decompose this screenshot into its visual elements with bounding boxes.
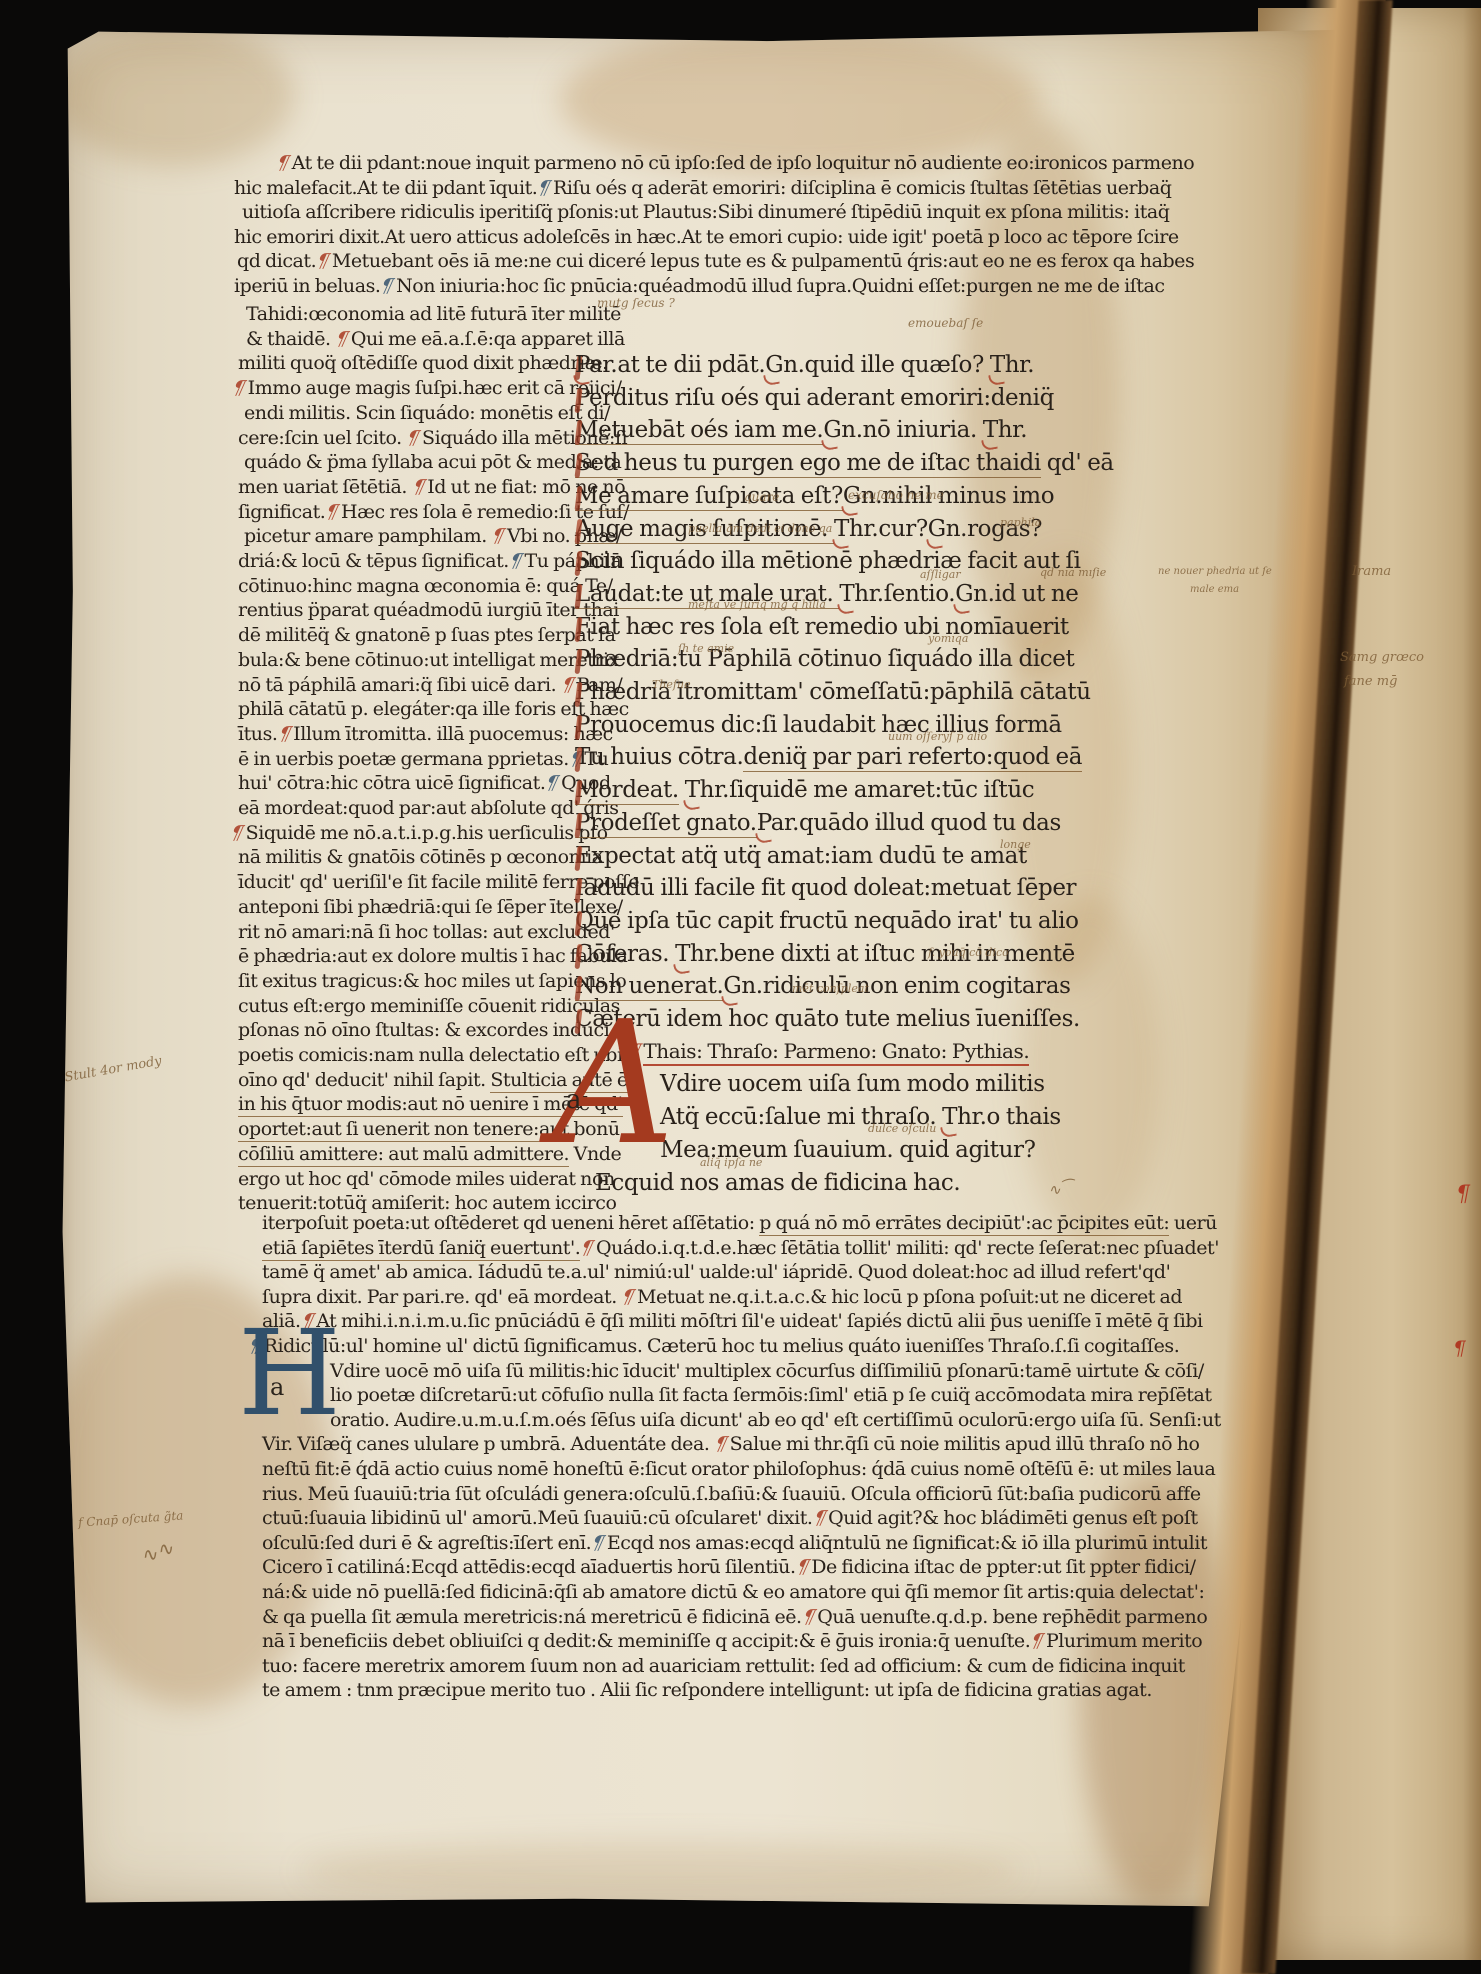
- text-line: tuo: facere meretrix amorem ſuum non ad …: [262, 1655, 1185, 1677]
- text-segment: Ridiculū:ul' homine ul' dictū ſignificam…: [264, 1335, 1180, 1357]
- handwritten-gloss: Irama: [1352, 564, 1391, 579]
- text-line: ē phædria:aut ex dolore multis ī hac fab…: [238, 945, 627, 967]
- text-line: rit nō amari:nā ſi hoc tollas: aut exclu…: [238, 921, 615, 943]
- text-line: Metuebāt oés iam me.Gn.nō iniuria. Thr.: [575, 417, 1027, 443]
- handwritten-gloss: Samg grœco: [1340, 650, 1424, 665]
- paragraph-mark: ¶: [579, 1237, 596, 1259]
- text-segment: Ecqd nos amas:ecqd aliq̄ntulū ne ſignifi…: [607, 1532, 1207, 1554]
- text-segment: tamē q̈ amet' ab amica. Iádudū te.a.ul' …: [262, 1261, 1170, 1283]
- handwritten-gloss: longe: [1000, 838, 1031, 851]
- text-line: rentius p̈parat quéadmodū iurgiū īter th…: [238, 599, 619, 621]
- text-line: Laudat:te ut male urat. Thr.ſentio.Gn.id…: [575, 581, 1078, 607]
- text-line: ná:& uide nō puellā:ſed fidicinā:q̄ſi ab…: [262, 1581, 1204, 1603]
- handwritten-gloss: emouebaſ ſe: [908, 316, 983, 330]
- paragraph-mark: ¶: [800, 1606, 817, 1628]
- handwritten-gloss: puella q̄m dedi ei dono qa: [688, 522, 832, 535]
- paragraph-mark: ¶: [228, 822, 245, 844]
- text-line: Cicero ī catiliná:Ecqd attēdis:ecqd aīad…: [262, 1556, 1196, 1578]
- photographed-book-opening: ¶At te dii pdant:noue inquit parmeno nō …: [0, 0, 1481, 1974]
- text-segment: ē phædria:aut ex dolore multis ī hac fab…: [238, 945, 627, 967]
- speaker-abbreviation: Par.: [575, 352, 617, 378]
- fore-edge-rubric-mark: ¶: [1453, 1340, 1466, 1356]
- handwritten-gloss: qd nıa mıſie: [1040, 566, 1106, 579]
- paragraph-mark: ¶: [405, 427, 422, 449]
- text-segment: At te dii pdant:noue inquit parmeno nō c…: [292, 152, 1195, 174]
- text-segment: etiā ſapiētes īterdū ſaniq̈ euertunt'.: [262, 1237, 580, 1261]
- text-segment: Sed heus tu purgen ego me de iſtac thaid…: [575, 450, 1041, 478]
- text-segment: Expectat atq̈ utq̈ amat:iam dudū te amat: [575, 843, 1027, 869]
- manuscript-initial-H: H: [238, 1326, 341, 1420]
- text-segment: Perditus riſu oés qui aderant emoriri:de…: [575, 385, 1054, 411]
- text-segment: Metuebāt oés iam me.: [575, 417, 823, 445]
- text-segment: Metuat ne.q.i.t.a.c.& hic locū p pſona p…: [637, 1286, 1182, 1308]
- text-segment: militi quoq̈ oſtēdiſſe quod dixit phædri…: [238, 352, 608, 374]
- text-line: hic emoriri dixit.At uero atticus adoleſ…: [234, 226, 1179, 248]
- text-segment: Qui me eā.a.ſ.ē:qa apparet illā: [351, 328, 625, 350]
- text-line: cere:ſcin uel ſcito. ¶Siquádo illa mētio…: [238, 427, 627, 449]
- text-line: ē in uerbis poetæ germana pprietas.¶Tu: [238, 748, 608, 770]
- text-segment: ītus.: [238, 723, 278, 745]
- text-segment: uerū: [1169, 1212, 1217, 1234]
- paragraph-mark: ¶: [274, 152, 291, 174]
- text-line: bula:& bene cōtinuo:ut intelligat meretr…: [238, 649, 619, 671]
- text-segment: & thaidē.: [246, 328, 335, 350]
- speaker-abbreviation: Thr.: [685, 777, 729, 803]
- text-segment: quádo & p̈ma ſyllaba acui pōt & media: t…: [244, 451, 621, 473]
- text-line: oratio. Audire.u.m.u.ſ.m.oés ſēſus uiſa …: [330, 1409, 1221, 1431]
- text-line: rius. Meū ſuauiū:tria ſūt oſculádi gener…: [262, 1483, 1201, 1505]
- text-segment: oportet:aut ſi uenerit non tenere:: [238, 1118, 539, 1142]
- text-segment: tenuerit:totūq̈ amiſerit: hoc autem icci…: [238, 1192, 616, 1214]
- text-segment: dē militēq̈ & gnatonē p ſuas ptes ſerpat…: [238, 624, 615, 646]
- text-line: aliā.¶At mihi.i.n.i.m.u.ſic pnūciádū ē q…: [262, 1310, 1203, 1332]
- speaker-abbreviation: Thr.: [839, 581, 883, 607]
- text-line: nā militis & gnatōis cōtinēs p œconomia: [238, 846, 603, 868]
- text-segment: nō iniuria.: [863, 417, 983, 443]
- paragraph-mark: ¶: [1029, 1630, 1046, 1652]
- text-line: Tu huius cōtra.deniq̈ par pari referto:q…: [575, 744, 1082, 770]
- text-segment: Illum ītromitta. illā puocemus: hæc: [293, 723, 613, 745]
- text-segment: hic malefacit.At te dii pdant īquit.: [234, 177, 537, 199]
- speaker-abbreviation: Gn.: [955, 581, 994, 607]
- handwritten-gloss: quare: [744, 490, 779, 504]
- handwritten-gloss: ne nouer phedria ut ſe: [1158, 566, 1272, 577]
- text-segment: Riſu oés q aderāt emoriri: diſciplina ē …: [553, 177, 1172, 199]
- text-segment: ſignificat.: [238, 501, 325, 523]
- text-line: philā cātatū p. elegáter:qa ille foris e…: [238, 698, 629, 720]
- speaker-abbreviation: Thr.: [990, 352, 1034, 378]
- text-segment: rit nō amari:nā ſi hoc tollas: aut exclu…: [238, 921, 615, 943]
- text-line: te amem : tnm præcipue merito tuo . Alii…: [262, 1679, 1152, 1701]
- text-line: & thaidē. ¶Qui me eā.a.ſ.ē:qa apparet il…: [246, 328, 625, 350]
- handwritten-gloss: Theſue: [652, 678, 691, 691]
- text-segment: qd dicat.: [237, 250, 316, 272]
- text-segment: Vdire uocem uiſa ſum modo militis: [660, 1071, 1045, 1097]
- text-line: ſupra dixit. Par pari.re. qd' eā mordeat…: [262, 1286, 1182, 1308]
- text-line: driá:& locū & tēpus ſignificat.¶Tu páphi…: [238, 550, 621, 572]
- text-line: hui' cōtra:hic cōtra uicē ſignificat.¶Qu…: [238, 772, 611, 794]
- text-line: Vdire uocem uiſa ſum modo militis: [660, 1071, 1045, 1097]
- text-segment: p quá nō mō errātes decipiūt':ac p̄cipit…: [759, 1212, 1169, 1236]
- handwritten-gloss: meſta ve ſuriq̄ mḡ q̄ hilla: [688, 598, 826, 611]
- text-segment: bula:& bene cōtinuo:ut intelligat meretr…: [238, 649, 619, 671]
- text-segment: te amem : tnm præcipue merito tuo . Alii…: [262, 1679, 1152, 1701]
- text-segment: Quid agit?& hoc bládimēti genus eſt poſt: [828, 1507, 1198, 1529]
- text-segment: deniq̈ par pari referto:quod eā: [743, 744, 1082, 772]
- paragraph-mark: ¶: [620, 1286, 637, 1308]
- handwritten-gloss: mutg ſecus ?: [597, 296, 675, 310]
- paragraph-mark: ¶: [590, 1532, 607, 1554]
- text-segment: Immo auge magis ſuſpi.hæc erit cā reiici…: [248, 377, 622, 399]
- text-segment: ctuū:ſuauia libidinū ul' amorū.Meū ſuaui…: [262, 1507, 813, 1529]
- text-line: dē militēq̈ & gnatonē p ſuas ptes ſerpat…: [238, 624, 615, 646]
- text-line: picetur amare pamphilam. ¶Vbi no. phæ/: [244, 525, 622, 547]
- text-segment: Me amare ſuſpicata eſt?: [575, 483, 843, 511]
- text-line: ctuū:ſuauia libidinū ul' amorū.Meū ſuaui…: [262, 1507, 1198, 1529]
- text-segment: o thais: [987, 1104, 1061, 1130]
- text-line: iperiū in beluas.¶Non iniuria:hoc ſic pn…: [234, 275, 1165, 297]
- speaker-abbreviation: Thr.: [834, 516, 878, 542]
- handwritten-gloss: male ema: [1190, 584, 1239, 595]
- text-segment: Prouocemus dic:ſi laudabit hæc illius fo…: [575, 712, 1062, 738]
- text-segment: picetur amare pamphilam.: [244, 525, 491, 547]
- text-segment: ſentio.: [884, 581, 956, 607]
- paragraph-mark: ¶: [379, 275, 396, 297]
- manuscript-initial-A: A: [552, 1016, 675, 1152]
- text-line: militi quoq̈ oſtēdiſſe quod dixit phædri…: [238, 352, 608, 374]
- text-line: endi militis. Scin ſiquádo: monētis eſt …: [244, 402, 610, 424]
- text-line: Me amare ſuſpicata eſt?Gn.nihil minus im…: [575, 483, 1054, 509]
- paragraph-mark: ¶: [333, 328, 350, 350]
- text-segment: quādo illud quod tu das: [799, 810, 1061, 836]
- text-line: Expectat atq̈ utq̈ amat:iam dudū te amat: [575, 843, 1027, 869]
- text-line: ¶Immo auge magis ſuſpi.hæc erit cā reiic…: [232, 377, 622, 399]
- speaker-abbreviation: Gn.: [723, 973, 762, 999]
- paragraph-mark: ¶: [230, 377, 247, 399]
- handwritten-gloss: ∿⁀: [1047, 1178, 1074, 1199]
- text-segment: oīno qd' deducit' nihil ſapit.: [238, 1069, 490, 1091]
- text-segment: Iādudū illi facile fit quod doleat:metua…: [575, 875, 1076, 901]
- speaker-abbreviation: Thr.: [983, 417, 1027, 443]
- text-segment: ná:& uide nō puellā:ſed fidicinā:q̄ſi ab…: [262, 1581, 1204, 1603]
- text-segment: qd' eā: [1041, 450, 1114, 476]
- text-line: & qa puella ſit æmula meretricis:ná mere…: [262, 1606, 1207, 1628]
- text-line: tamē q̈ amet' ab amica. Iádudū te.a.ul' …: [262, 1261, 1170, 1283]
- text-segment: oſculū:ſed duri ē & agreſtis:īſert enī.: [262, 1532, 591, 1554]
- text-segment: nā ī beneficiis debet obliuiſci q dedit:…: [262, 1630, 1030, 1652]
- text-line: Fiat hæc res ſola eſt remedio ubi nomīau…: [575, 614, 1069, 640]
- handwritten-gloss: paphila: [1000, 516, 1041, 529]
- text-segment: bene dixti at iſtuc mihi in mentē: [719, 941, 1074, 967]
- text-segment: nō tā páphilā amari:q̈ ſibi uicē dari.: [238, 674, 561, 696]
- text-line: nā ī beneficiis debet obliuiſci q dedit:…: [262, 1630, 1202, 1652]
- handwritten-gloss: ſh te amie: [678, 642, 734, 655]
- text-segment: Plurimum merito: [1046, 1630, 1202, 1652]
- text-segment: Siquidē me nō.a.t.i.p.g.his uerſiculis p…: [246, 822, 608, 844]
- speaker-abbreviation: Thr.: [942, 1104, 986, 1130]
- paragraph-mark: ¶: [536, 177, 553, 199]
- text-line: etiā ſapiētes īterdū ſaniq̈ euertunt'.¶Q…: [262, 1237, 1219, 1259]
- stain: [300, 1841, 1020, 1901]
- text-line: lio poetæ diſcretarū:ut cōfuſio nulla ſi…: [330, 1384, 1212, 1406]
- text-segment: Qué ipſa tūc capit fructū nequādo irat' …: [575, 908, 1079, 934]
- text-segment: Scin ſiquádo illa mētionē phædriæ facit …: [575, 548, 1081, 574]
- handwritten-gloss: uum oſſeryſ p̄ alio: [888, 730, 987, 743]
- text-segment: Mordeat.: [575, 777, 679, 805]
- text-line: Prouocemus dic:ſi laudabit hæc illius fo…: [575, 712, 1062, 738]
- text-segment: lio poetæ diſcretarū:ut cōfuſio nulla ſi…: [330, 1384, 1212, 1406]
- paragraph-mark: ¶: [544, 772, 561, 794]
- text-segment: At mihi.i.n.i.m.u.ſic pnūciádū ē q̄ſi mi…: [316, 1310, 1202, 1332]
- paragraph-mark: ¶: [314, 250, 331, 272]
- text-segment: iperiū in beluas.: [234, 275, 380, 297]
- text-line: anteponi ſibi phædriā:qui ſe ſēper ītell…: [238, 896, 623, 918]
- text-segment: Quā uenuſte.q.d.p. bene rep̄hēdit parmen…: [817, 1606, 1207, 1628]
- stain: [55, 26, 295, 166]
- text-line: ¶Siquidē me nō.a.t.i.p.g.his uerſiculis …: [230, 822, 608, 844]
- text-line: Sed heus tu purgen ego me de iſtac thaid…: [575, 450, 1114, 476]
- guide-letter-a: a: [270, 1378, 284, 1397]
- text-segment: Phædriā:tu Pāphilā cōtinuo ſiquádo illa …: [575, 646, 1074, 672]
- text-segment: Metuebant oēs iā me:ne cui diceré lepus …: [332, 250, 1194, 272]
- text-segment: ē in uerbis poetæ germana pprietas.: [238, 748, 569, 770]
- text-segment: hui' cōtra:hic cōtra uicē ſignificat.: [238, 772, 545, 794]
- text-segment: cere:ſcin uel ſcito.: [238, 427, 406, 449]
- text-line: uitioſa aſſcribere ridiculis iperitiſq̈ …: [242, 201, 1169, 223]
- text-segment: cōtinuo:hinc magna œconomia ē: quá Te/: [238, 575, 613, 597]
- text-line: ītus.¶Illum ītromitta. illā puocemus: hæ…: [238, 723, 613, 745]
- text-segment: Tu huius cōtra.: [575, 744, 743, 770]
- guide-letter-a: a: [566, 1090, 582, 1111]
- paragraph-mark: ¶: [559, 674, 576, 696]
- text-segment: Salue mi thr.q̄ſi cū noie militis apud i…: [730, 1433, 1200, 1455]
- text-segment: De fidicina iſtac de ppter:ut ſit ppter …: [811, 1556, 1195, 1578]
- text-line: Vir. Viſæq̈ canes ululare p umbrā. Aduen…: [262, 1433, 1200, 1455]
- paragraph-mark: ¶: [324, 501, 341, 523]
- text-segment: oratio. Audire.u.m.u.ſ.m.oés ſēſus uiſa …: [330, 1409, 1221, 1431]
- fore-edge-rubric-mark: ¶: [1456, 1186, 1470, 1204]
- paragraph-mark: ¶: [811, 1507, 828, 1529]
- handwritten-gloss: fane mḡ: [1344, 674, 1397, 689]
- text-segment: tuo: facere meretrix amorem ſuum non ad …: [262, 1655, 1185, 1677]
- handwritten-gloss: dulce oſculu: [868, 1122, 936, 1135]
- text-line: Par.at te dii pdāt.Gn.quid ille quæſo? T…: [575, 352, 1034, 378]
- text-segment: neſtū fit:ē q́dā actio cuius nomē honeſt…: [262, 1458, 1215, 1480]
- text-segment: rentius p̈parat quéadmodū iurgiū īter th…: [238, 599, 619, 621]
- text-segment: cur?: [878, 516, 927, 542]
- text-segment: Thais: Thraſo: Parmeno: Gnato: Pythias.: [643, 1039, 1029, 1066]
- text-line: ¶Thais: Thraſo: Parmeno: Gnato: Pythias.: [627, 1039, 1029, 1063]
- text-line: men uariat ſētētiā. ¶Id ut ne fiat: mō n…: [238, 476, 625, 498]
- text-line: ¶At te dii pdant:noue inquit parmeno nō …: [276, 152, 1194, 174]
- text-line: Qué ipſa tūc capit fructū nequādo irat' …: [575, 908, 1079, 934]
- text-segment: endi militis. Scin ſiquádo: monētis eſt …: [244, 402, 610, 424]
- text-segment: cōſiliū amittere: aut malū admittere.: [238, 1143, 569, 1167]
- text-segment: eā mordeat:quod par:aut abſolute qd' q́r…: [238, 797, 619, 819]
- handwritten-gloss: f. youq̄ cō dico: [928, 946, 1009, 959]
- text-segment: & qa puella ſit æmula meretricis:ná mere…: [262, 1606, 802, 1628]
- text-segment: uitioſa aſſcribere ridiculis iperitiſq̈ …: [242, 201, 1169, 223]
- text-segment: Tahidi:œconomia ad litē futurā īter mili…: [246, 303, 621, 325]
- text-segment: men uariat ſētētiā.: [238, 476, 412, 498]
- text-line: nō tā páphilā amari:q̈ ſibi uicē dari. ¶…: [238, 674, 622, 696]
- text-segment: Cōferas.: [575, 941, 675, 967]
- paragraph-mark: ¶: [410, 476, 427, 498]
- text-line: ſignificat.¶Hæc res ſola ē remedio:ſi te…: [238, 501, 629, 523]
- text-segment: nā militis & gnatōis cōtinēs p œconomia: [238, 846, 603, 868]
- speaker-abbreviation: Gn.: [823, 417, 862, 443]
- speaker-abbreviation: Par.: [757, 810, 799, 836]
- paragraph-mark: ¶: [507, 550, 524, 572]
- text-segment: Quádo.i.q.t.d.e.hæc ſētātia tollit' mili…: [596, 1237, 1219, 1259]
- text-segment: anteponi ſibi phædriā:qui ſe ſēper ītell…: [238, 896, 623, 918]
- text-line: ¶Ridiculū:ul' homine ul' dictū ſignifica…: [248, 1335, 1179, 1357]
- text-line: Vdire uocē mō uiſa ſū militis:hic īducit…: [330, 1360, 1204, 1382]
- paragraph-mark: ¶: [712, 1433, 729, 1455]
- paragraph-mark: ¶: [794, 1556, 811, 1578]
- text-line: iterpoſuit poeta:ut oſtēderet qd ueneni …: [262, 1212, 1217, 1234]
- text-segment: philā cātatū p. elegáter:qa ille foris e…: [238, 698, 629, 720]
- text-line: cōtinuo:hinc magna œconomia ē: quá Te/: [238, 575, 613, 597]
- text-line: Atq̈ eccū:ſalue mi thraſo. Thr.o thais: [660, 1104, 1061, 1130]
- text-segment: Prodeſſet gnato.: [575, 810, 757, 838]
- handwritten-gloss: aſſligar: [920, 568, 961, 581]
- text-segment: driá:& locū & tēpus ſignificat.: [238, 550, 509, 572]
- text-line: oſculū:ſed duri ē & agreſtis:īſert enī.¶…: [262, 1532, 1207, 1554]
- text-line: Perditus riſu oés qui aderant emoriri:de…: [575, 385, 1054, 411]
- text-line: Phædriā:tu Pāphilā cōtinuo ſiquádo illa …: [575, 646, 1074, 672]
- text-line: Iādudū illi facile fit quod doleat:metua…: [575, 875, 1076, 901]
- paragraph-mark: ¶: [490, 525, 507, 547]
- text-segment: at te dii pdāt.: [617, 352, 765, 378]
- text-segment: Vdire uocē mō uiſa ſū militis:hic īducit…: [330, 1360, 1204, 1382]
- speaker-abbreviation: Gn.: [765, 352, 804, 378]
- text-segment: ſiquidē me amaret:tūc iſtūc: [729, 777, 1034, 803]
- text-line: tenuerit:totūq̈ amiſerit: hoc autem icci…: [238, 1192, 616, 1214]
- text-segment: Fiat hæc res ſola eſt remedio ubi nomīau…: [575, 614, 1069, 640]
- handwritten-gloss: excuſabo ne me: [848, 488, 944, 502]
- text-segment: quid ille quæſo?: [805, 352, 990, 378]
- text-line: Mordeat. Thr.ſiquidē me amaret:tūc iſtūc: [575, 777, 1034, 803]
- text-line: quádo & p̈ma ſyllaba acui pōt & media: t…: [244, 451, 621, 473]
- speaker-abbreviation: Gn.: [928, 516, 967, 542]
- text-line: eā mordeat:quod par:aut abſolute qd' q́r…: [238, 797, 619, 819]
- text-segment: id ut ne: [995, 581, 1079, 607]
- handwritten-gloss: aliq̄ ipſa ne: [700, 1156, 762, 1169]
- text-line: Prodeſſet gnato.Par.quādo illud quod tu …: [575, 810, 1061, 836]
- text-segment: Cicero ī catiliná:Ecqd attēdis:ecqd aīad…: [262, 1556, 796, 1578]
- handwritten-gloss: mēt conſpleat: [792, 982, 869, 995]
- text-line: neſtū fit:ē q́dā actio cuius nomē honeſt…: [262, 1458, 1215, 1480]
- paragraph-mark: ¶: [276, 723, 293, 745]
- text-segment: Non iniuria:hoc ſic pnūcia:quéadmodū ill…: [396, 275, 1164, 297]
- text-line: Tahidi:œconomia ad litē futurā īter mili…: [246, 303, 621, 325]
- text-segment: iterpoſuit poeta:ut oſtēderet qd ueneni …: [262, 1212, 759, 1234]
- handwritten-gloss: yomıqa: [928, 632, 968, 645]
- text-line: hic malefacit.At te dii pdant īquit.¶Riſ…: [234, 177, 1172, 199]
- text-line: qd dicat.¶Metuebant oēs iā me:ne cui dic…: [237, 250, 1194, 272]
- speaker-abbreviation: Thr.: [675, 941, 719, 967]
- text-line: Scin ſiquádo illa mētionē phædriæ facit …: [575, 548, 1081, 574]
- text-segment: rius. Meū ſuauiū:tria ſūt oſculádi gener…: [262, 1483, 1201, 1505]
- text-segment: hic emoriri dixit.At uero atticus adoleſ…: [234, 226, 1179, 248]
